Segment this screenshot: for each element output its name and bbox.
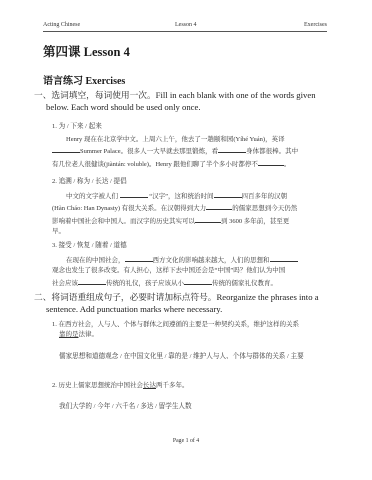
text: 有几位老人很健谈(jiàntán: voluble)。Henry 跟他们聊了半个… (52, 161, 258, 168)
document-page: Acting Chinese Lesson 4 Exercises 第四课 Le… (0, 0, 372, 480)
text: 四百多年的汉朝 (242, 193, 288, 200)
passage-3-line3: 社会应该传统的礼仪，孩子应该从小传统的儒家礼仪教育。 (52, 277, 340, 289)
passage-2-line3: 影响着中国社会和中国人。而汉字的历史其实可以到 3600 多年前，甚至更 (52, 215, 340, 227)
blank-field[interactable] (258, 158, 284, 166)
blank-field[interactable] (120, 190, 148, 198)
blank-field[interactable] (78, 277, 106, 285)
exercise-1-heading-line1: 一、选词填空，每词使用一次。Fill in each blank with on… (34, 90, 316, 100)
passage-3: 在现在的中国社会，西方文化的影响越来越大，人们的思想和 观念也发生了很多改变。有… (52, 254, 340, 289)
text: 中文的文字被人们 (66, 193, 118, 200)
text: 的儒家思想到今天仍然 (232, 205, 297, 212)
example-1-line2: 靠的是法律。 (52, 330, 340, 340)
reorder-example-2: 2. 历史上儒家思想统治中国社会长达两千多年。 (52, 381, 340, 391)
text: 到 3600 多年前，甚至更 (221, 218, 289, 225)
blank-field[interactable] (125, 254, 153, 262)
passage-3-line2: 观念也发生了很多改变。有人担心，这样下去中国还会是“中国”吗？他们认为中国 (52, 266, 340, 276)
exercise-1-heading-line2: below. Each word should be used only onc… (34, 102, 334, 114)
reorder-fragments-1: 儒家思想和道德观念 / 在中国文化里 / 靠的是 / 维护人与人、个体与群体的关… (59, 350, 304, 360)
blank-field[interactable] (214, 190, 242, 198)
blank-field[interactable] (206, 202, 232, 210)
text: 身体都很棒。其中 (246, 148, 298, 155)
blank-field[interactable] (195, 215, 221, 223)
passage-2-line1: 中文的文字被人们 “汉字”，这和统治时间四百多年的汉朝 (52, 190, 340, 202)
section-subtitle: 语言练习 Exercises (43, 72, 125, 87)
passage-1-line2: Summer Palace。很多人一大早就去那里锻炼，看身体都很棒。其中 (52, 145, 340, 157)
exercise-2-heading: 二、将词语重组成句子，必要时请加标点符号。Reorganize the phra… (34, 292, 334, 315)
reorder-example-1: 1. 在西方社会，人与人、个体与群体之间遵循的主要是一种契约关系，维护这样的关系… (52, 320, 340, 341)
page-number: Page 1 of 4 (0, 438, 372, 444)
passage-1-line3: 有几位老人很健谈(jiàntán: voluble)。Henry 跟他们聊了半个… (52, 158, 340, 170)
passage-1: Henry 现在在北京学中文。上周六上午，他去了一趟颐和园(Yíhé Yuán)… (52, 135, 340, 170)
text: 。 (284, 161, 291, 168)
passage-2: 中文的文字被人们 “汉字”，这和统治时间四百多年的汉朝 (Hàn Cháo: H… (52, 190, 340, 237)
exercise-2-heading-line1: 二、将词语重组成句子，必要时请加标点符号。Reorganize the phra… (34, 292, 319, 302)
word-list-2: 2. 追溯 / 称为 / 长达 / 提倡 (52, 175, 127, 185)
blank-field[interactable] (184, 277, 212, 285)
exercise-2-heading-line2: sentence. Add punctuation marks where ne… (34, 304, 334, 316)
header-course: Acting Chinese (43, 22, 80, 28)
word-list-3: 3. 接受 / 恢复 / 随着 / 道德 (52, 239, 127, 249)
text: (Hàn Cháo: Han Dynasty) 有很大关系。在汉朝得到大力 (52, 205, 206, 212)
text: 影响着中国社会和中国人。而汉字的历史其实可以 (52, 218, 195, 225)
exercise-1-heading: 一、选词填空，每词使用一次。Fill in each blank with on… (34, 90, 334, 113)
page-header: Acting Chinese Lesson 4 Exercises (43, 21, 327, 32)
text: 法律。 (79, 331, 99, 338)
passage-2-line4: 早。 (52, 227, 340, 237)
header-lesson: Lesson 4 (175, 22, 197, 28)
passage-3-line1: 在现在的中国社会，西方文化的影响越来越大，人们的思想和 (52, 254, 340, 266)
example-1-line1: 1. 在西方社会，人与人、个体与群体之间遵循的主要是一种契约关系，维护这样的关系 (52, 320, 340, 330)
text: 传统的礼仪，孩子应该从小 (106, 280, 184, 287)
blank-field[interactable] (218, 145, 246, 153)
example-2-line1: 2. 历史上儒家思想统治中国社会长达两千多年。 (52, 381, 340, 391)
passage-1-line1: Henry 现在在北京学中文。上周六上午，他去了一趟颐和园(Yíhé Yuán)… (52, 135, 340, 145)
text: 在现在的中国社会， (66, 257, 125, 264)
text: 两千多年。 (156, 382, 189, 389)
text: 传统的儒家礼仪教育。 (212, 280, 277, 287)
text: 西方文化的影响越来越大，人们的思想和 (153, 257, 270, 264)
blank-field[interactable] (270, 254, 298, 262)
blank-field[interactable] (52, 145, 80, 153)
reorder-fragments-2: 我们大学的 / 今年 / 六千名 / 多达 / 留学生人数 (59, 400, 192, 410)
underlined-word: 靠的是 (59, 331, 79, 338)
passage-2-line2: (Hàn Cháo: Han Dynasty) 有很大关系。在汉朝得到大力的儒家… (52, 202, 340, 214)
text: Summer Palace。很多人一大早就去那里锻炼，看 (80, 148, 218, 155)
word-list-1: 1. 为 / 下来 / 起来 (52, 120, 102, 130)
text: “汉字”，这和统治时间 (149, 193, 213, 200)
text: 2. 历史上儒家思想统治中国社会 (52, 382, 143, 389)
text: 社会应该 (52, 280, 78, 287)
header-section: Exercises (304, 22, 327, 28)
page-title: 第四课 Lesson 4 (43, 42, 130, 60)
underlined-word: 长达 (143, 382, 156, 389)
